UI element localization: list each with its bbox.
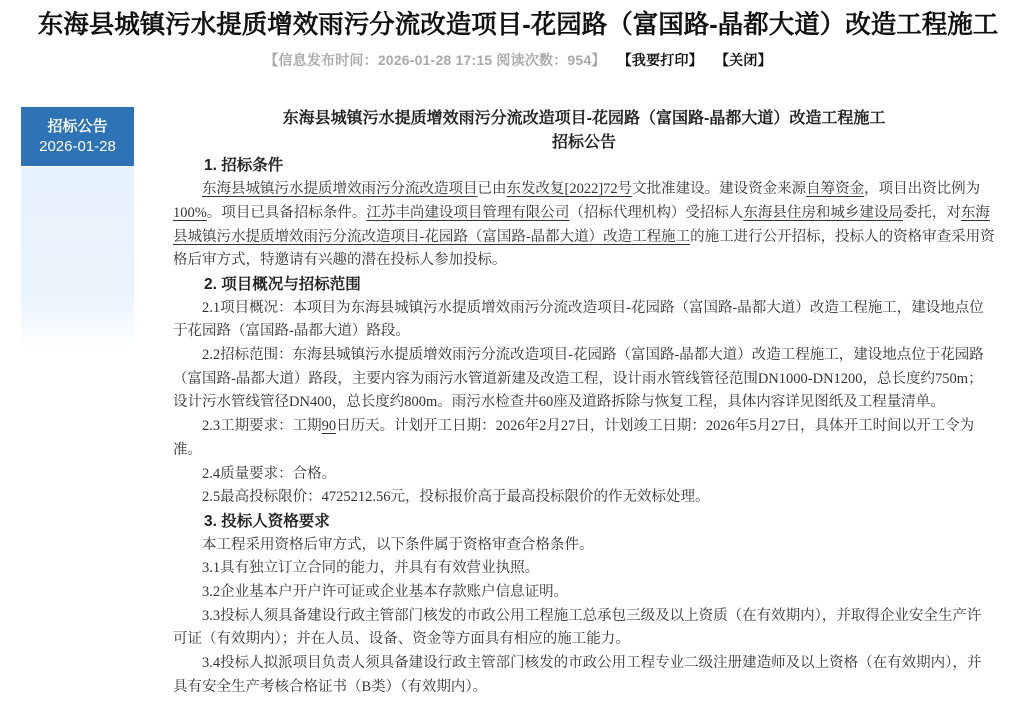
paragraph-3-4: 3.4投标人拟派项目负责人须具备建设行政主管部门核发的市政公用工程专业二级注册建… [173,652,995,699]
page-header: 东海县城镇污水提质增效雨污分流改造项目-花园路（富国路-晶都大道）改造工程施工 … [0,0,1036,70]
underlined-text: 自筹资金 [806,181,864,197]
publish-info: 【信息发布时间：2026-01-28 17:15 阅读次数：954】 [264,52,605,68]
announcement-body: 1. 招标条件东海县城镇污水提质增效雨污分流改造项目已由东发改复[2022]72… [173,154,995,699]
paragraph-3-2: 3.2企业基本户开户许可证或企业基本存款账户信息证明。 [173,581,995,605]
sidebar-category-label: 招标公告 [21,117,134,136]
section-2-heading: 2. 项目概况与招标范围 [173,273,995,297]
sidebar: 招标公告 2026-01-28 [21,107,134,346]
document-title: 东海县城镇污水提质增效雨污分流改造项目-花园路（富国路-晶都大道）改造工程施工 [173,107,995,131]
underlined-text: 东海县城镇污水提质增效雨污分流改造项目 [202,181,478,197]
sidebar-category-date: 2026-01-28 [21,137,134,156]
meta-bar: 【信息发布时间：2026-01-28 17:15 阅读次数：954】 【我要打印… [0,50,1036,70]
paragraph-tender-conditions: 东海县城镇污水提质增效雨污分流改造项目已由东发改复[2022]72号文批准建设。… [173,178,995,273]
paragraph-qualification-intro: 本工程采用资格后审方式，以下条件属于资格审查合格条件。 [173,534,995,558]
paragraph-2-5: 2.5最高投标限价：4725212.56元，投标报价高于最高投标限价的作无效标处… [173,486,995,510]
underlined-text: 东发改复[2022]72号 [507,181,633,197]
close-button[interactable]: 【关闭】 [715,52,772,68]
paragraph-2-2: 2.2招标范围：东海县城镇污水提质增效雨污分流改造项目-花园路（富国路-晶都大道… [173,344,995,415]
sidebar-category-box[interactable]: 招标公告 2026-01-28 [21,107,134,166]
paragraph-2-3: 2.3工期要求：工期90日历天。计划开工日期：2026年2月27日，计划竣工日期… [173,415,995,462]
paragraph-3-1: 3.1具有独立订立合同的能力，并具有有效营业执照。 [173,557,995,581]
paragraph-2-1: 2.1项目概况：本项目为东海县城镇污水提质增效雨污分流改造项目-花园路（富国路-… [173,297,995,344]
paragraph-2-4: 2.4质量要求：合格。 [173,463,995,487]
underlined-text: 东海县住房和城乡建设局 [743,205,903,221]
document-subtitle: 招标公告 [173,131,995,155]
underlined-text: 江苏丰尚建设项目管理有限公司 [366,205,569,221]
sidebar-panel [21,167,134,346]
announcement-document: 东海县城镇污水提质增效雨污分流改造项目-花园路（富国路-晶都大道）改造工程施工 … [173,107,995,700]
section-3-heading: 3. 投标人资格要求 [173,510,995,534]
paragraph-3-3: 3.3投标人须具备建设行政主管部门核发的市政公用工程施工总承包三级及以上资质（在… [173,605,995,652]
page-title: 东海县城镇污水提质增效雨污分流改造项目-花园路（富国路-晶都大道）改造工程施工 [0,0,1036,45]
underlined-text: 100% [173,205,207,221]
underlined-text: 90 [322,418,337,434]
content-layout: 招标公告 2026-01-28 东海县城镇污水提质增效雨污分流改造项目-花园路（… [0,107,1036,700]
section-1-heading: 1. 招标条件 [173,154,995,178]
print-button[interactable]: 【我要打印】 [618,52,703,68]
